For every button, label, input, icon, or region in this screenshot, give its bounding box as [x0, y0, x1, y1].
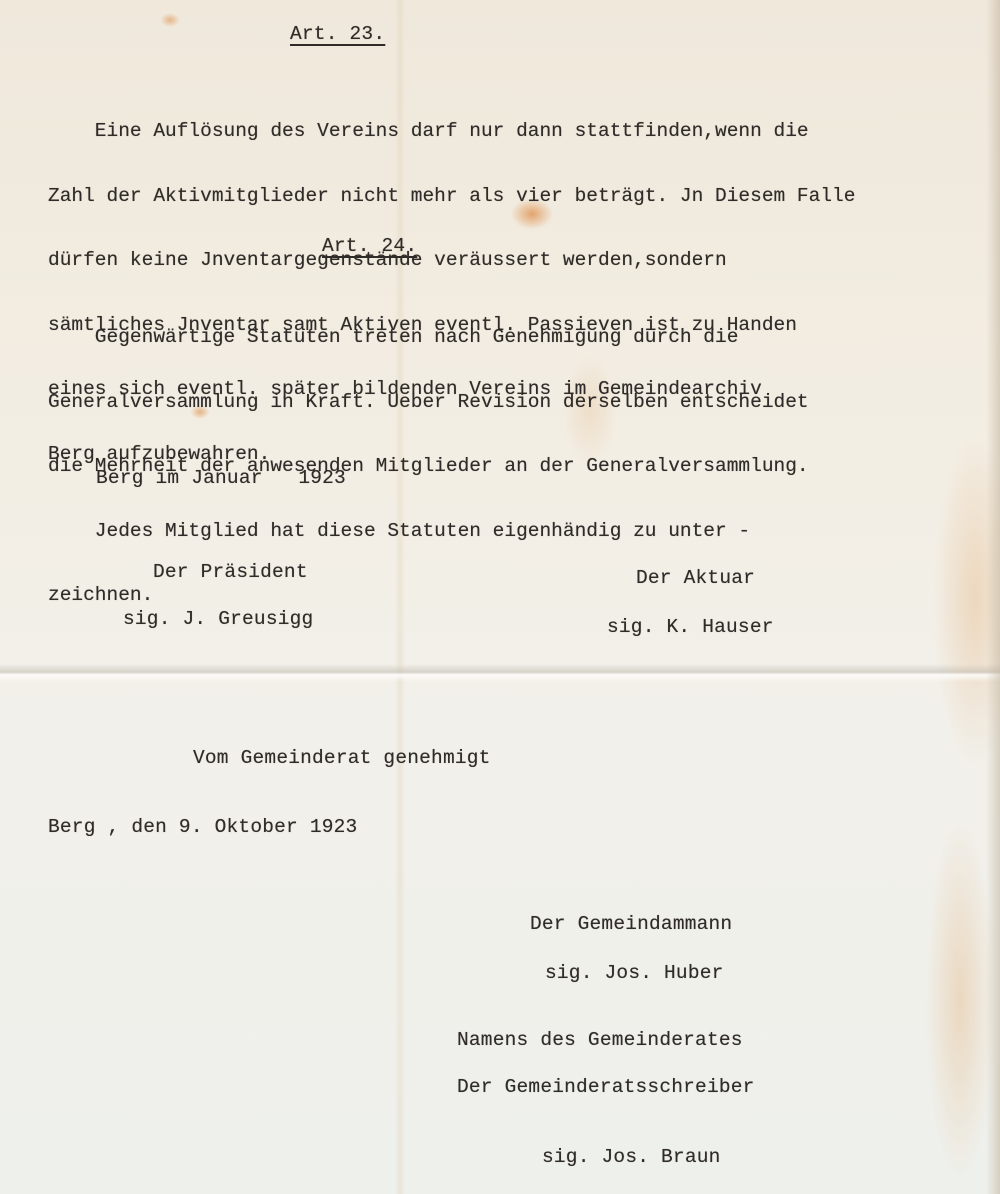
approval-date: Berg , den 9. Oktober 1923: [48, 817, 357, 838]
aktuar-signature: sig. K. Hauser: [607, 617, 774, 638]
art23-line: Zahl der Aktivmitglieder nicht mehr als …: [48, 186, 855, 208]
president-title: Der Präsident: [153, 562, 308, 583]
art24-line: Generalversammlung in Kraft. Ueber Revis…: [48, 392, 809, 414]
approval-text: Vom Gemeinderat genehmigt: [193, 748, 491, 769]
gemeindammann-signature: sig. Jos. Huber: [545, 963, 724, 984]
schreiber-title: Der Gemeinderatsschreiber: [457, 1077, 755, 1098]
namens-text: Namens des Gemeinderates: [457, 1030, 743, 1051]
place-date: Berg im Januar 1923: [96, 468, 346, 489]
president-signature: sig. J. Greusigg: [123, 609, 313, 630]
horizontal-fold: [0, 664, 1000, 682]
art23-heading: Art. 23.: [290, 24, 385, 45]
schreiber-signature: sig. Jos. Braun: [542, 1147, 721, 1168]
art23-line: Eine Auflösung des Vereins darf nur dann…: [48, 121, 855, 143]
aktuar-title: Der Aktuar: [636, 568, 755, 589]
paper-edge: [986, 0, 1000, 1194]
gemeindammann-title: Der Gemeindammann: [530, 914, 732, 935]
art24-heading: Art. 24.: [322, 236, 417, 257]
art23-line: dürfen keine Jnventargegenstände veräuss…: [48, 250, 855, 272]
art24-line: Jedes Mitglied hat diese Statuten eigenh…: [48, 521, 809, 543]
art24-line: Gegenwärtige Statuten treten nach Genehm…: [48, 327, 809, 349]
